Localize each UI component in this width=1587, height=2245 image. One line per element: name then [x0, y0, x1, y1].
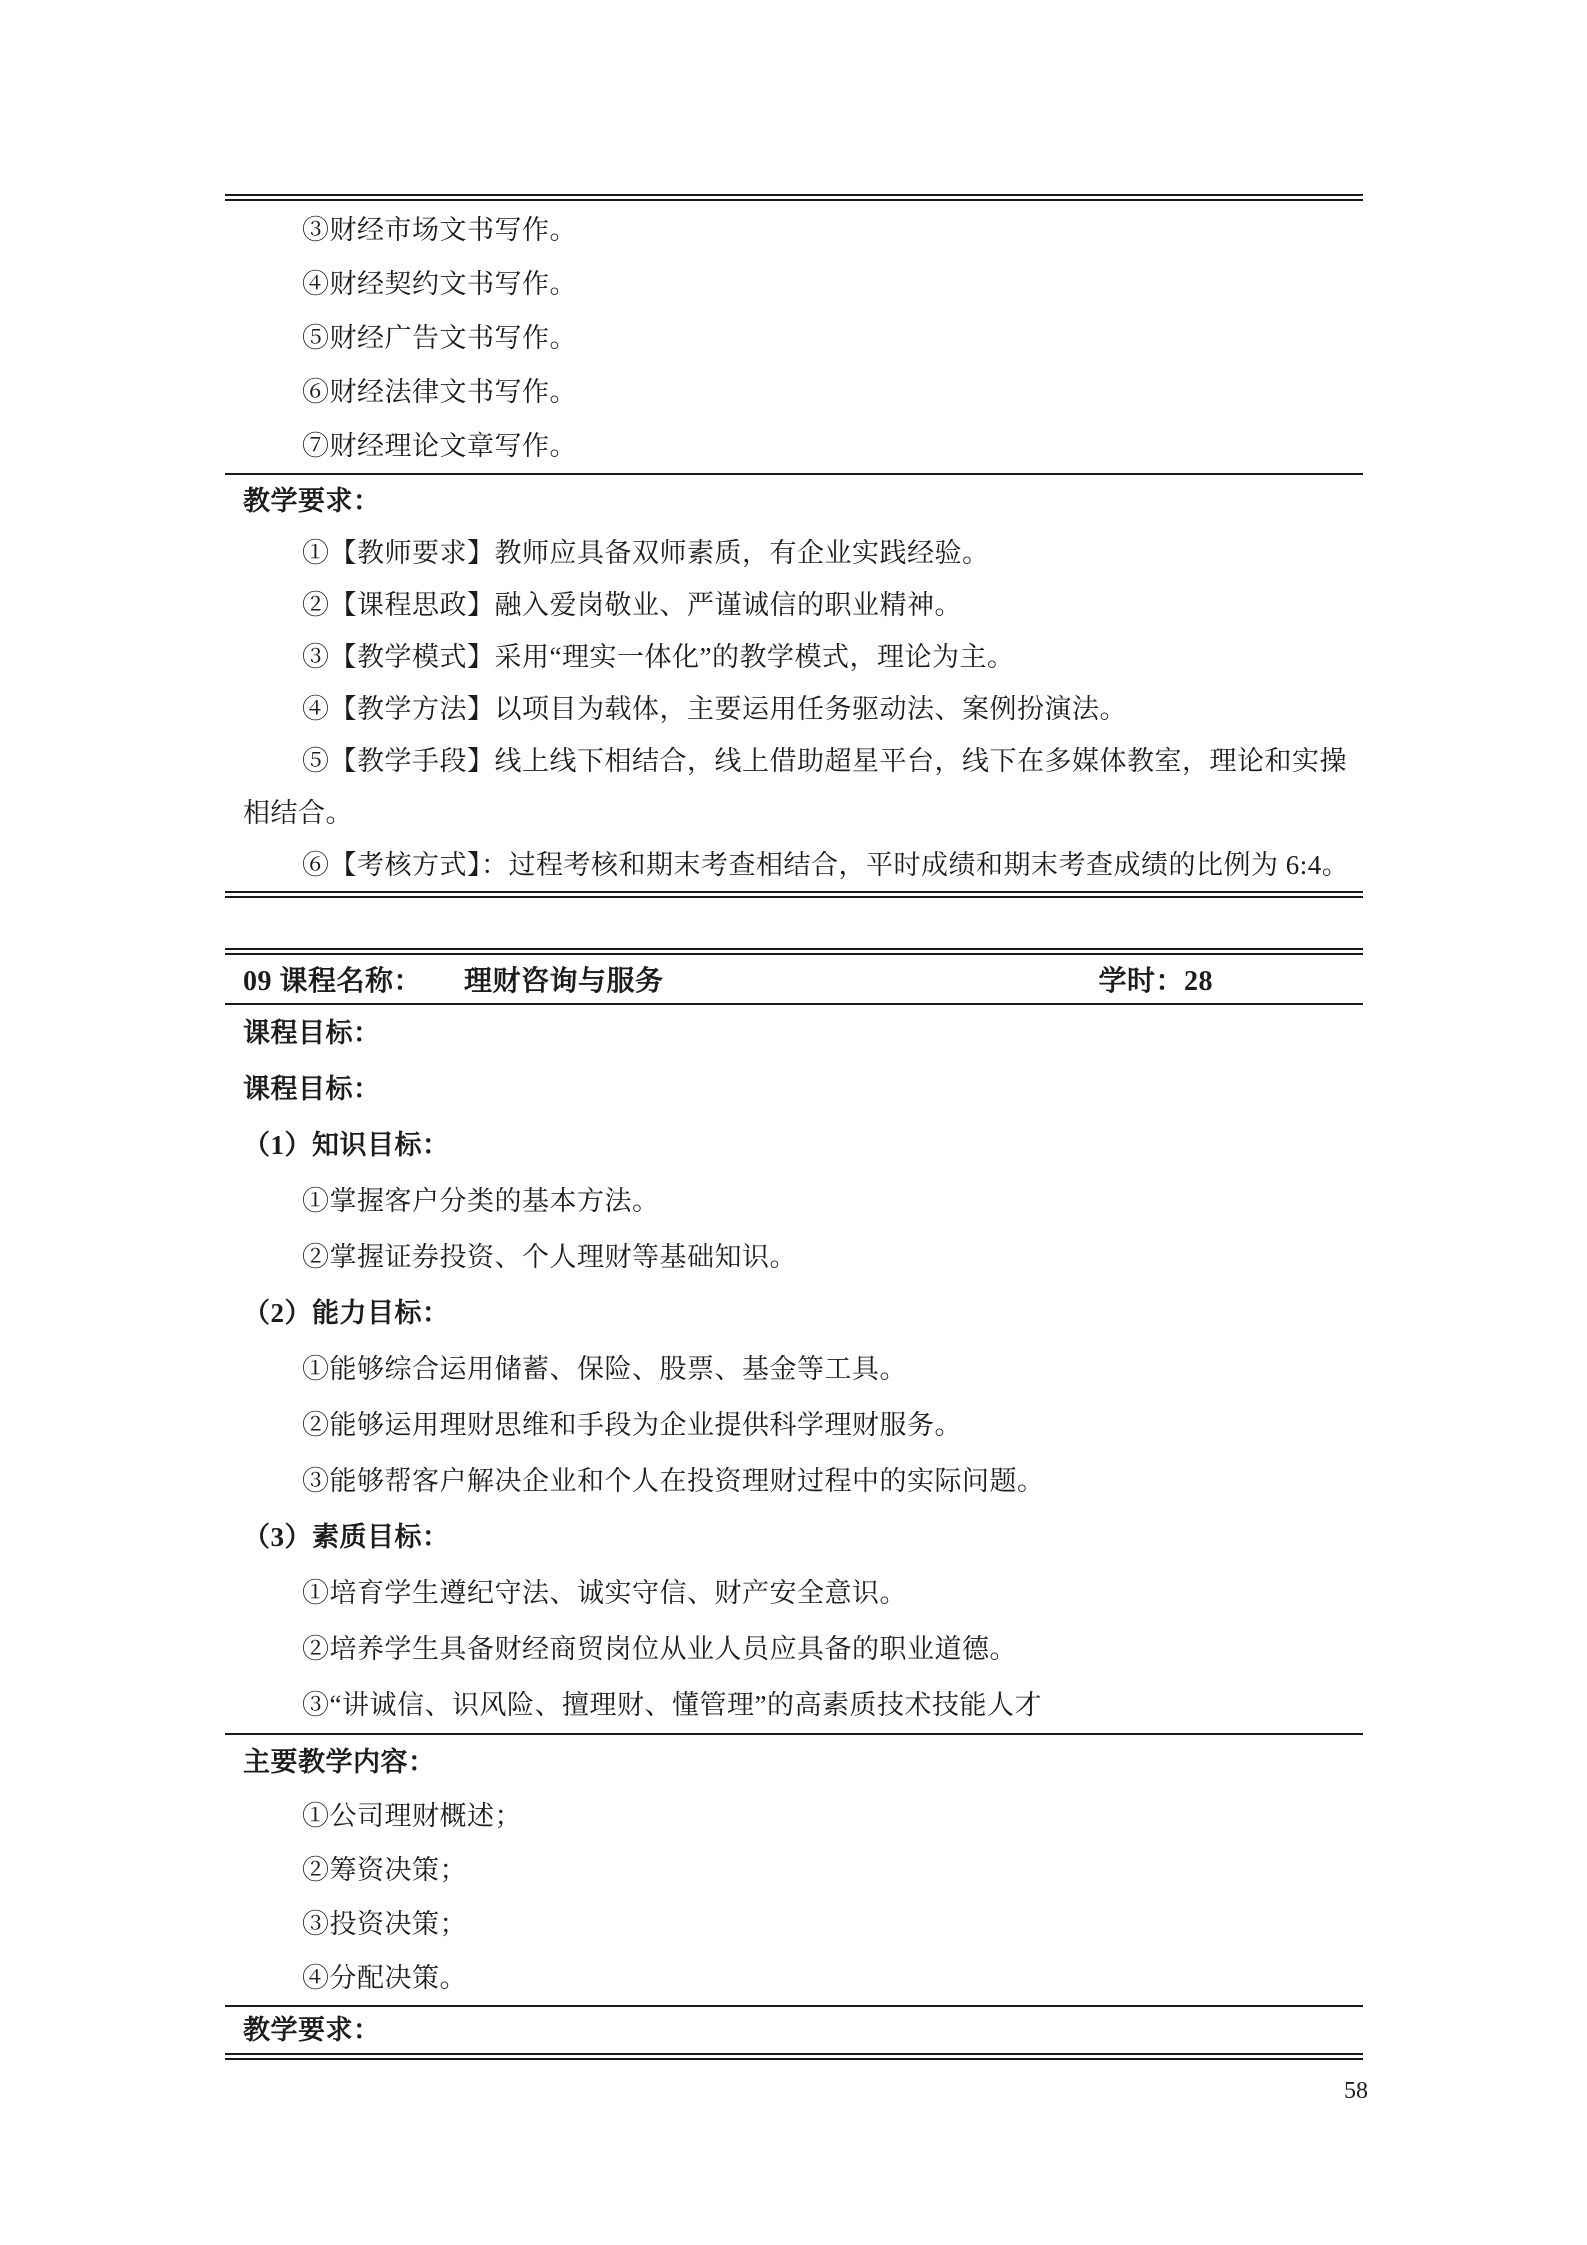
- list-item: ①能够综合运用储蓄、保险、股票、基金等工具。: [225, 1341, 1363, 1397]
- hours-value: 28: [1184, 966, 1213, 997]
- writing-items-row: ③财经市场文书写作。 ④财经契约文书写作。 ⑤财经广告文书写作。 ⑥财经法律文书…: [225, 201, 1363, 473]
- list-item: ⑤【教学手段】线上线下相结合，线上借助超星平台，线下在多媒体教室，理论和实操: [225, 735, 1363, 787]
- course-block-09: 09 课程名称： 理财咨询与服务 学时：28 课程目标： 课程目标： （1）知识…: [225, 948, 1363, 2060]
- list-item: ③财经市场文书写作。: [225, 203, 1363, 257]
- page-number: 58: [1344, 2078, 1368, 2105]
- table-top-border: [225, 948, 1363, 955]
- section-heading: 教学要求：: [225, 2007, 381, 2053]
- course-number-label: 09 课程名称：: [243, 959, 422, 999]
- course-objectives-row: 课程目标： 课程目标： （1）知识目标： ①掌握客户分类的基本方法。 ②掌握证券…: [225, 1005, 1363, 1733]
- list-item: ⑥财经法律文书写作。: [225, 365, 1363, 419]
- table-bottom-border: [225, 2053, 1363, 2060]
- list-item: ②能够运用理财思维和手段为企业提供科学理财服务。: [225, 1397, 1363, 1453]
- teaching-requirements-row: 教学要求： ①【教师要求】教师应具备双师素质，有企业实践经验。 ②【课程思政】融…: [225, 475, 1363, 891]
- list-item: ②培养学生具备财经商贸岗位从业人员应具备的职业道德。: [225, 1621, 1363, 1677]
- section-heading: 课程目标：: [225, 1061, 1363, 1117]
- section-heading: 教学要求：: [225, 475, 1363, 527]
- goal-group-heading: （1）知识目标：: [225, 1117, 1363, 1173]
- list-item: ①【教师要求】教师应具备双师素质，有企业实践经验。: [225, 527, 1363, 579]
- list-item: ①公司理财概述；: [225, 1789, 1363, 1843]
- table-bottom-border: [225, 891, 1363, 898]
- list-item: ②掌握证券投资、个人理财等基础知识。: [225, 1229, 1363, 1285]
- list-item: ③能够帮客户解决企业和个人在投资理财过程中的实际问题。: [225, 1453, 1363, 1509]
- course-header-row: 09 课程名称： 理财咨询与服务 学时：28: [225, 955, 1363, 1003]
- list-item: ②筹资决策；: [225, 1843, 1363, 1897]
- hours-label: 学时：: [1098, 966, 1184, 997]
- course-block-prev: ③财经市场文书写作。 ④财经契约文书写作。 ⑤财经广告文书写作。 ⑥财经法律文书…: [225, 194, 1363, 898]
- list-item: ③“讲诚信、识风险、擅理财、懂管理”的高素质技术技能人才: [225, 1677, 1363, 1733]
- document-page: ③财经市场文书写作。 ④财经契约文书写作。 ⑤财经广告文书写作。 ⑥财经法律文书…: [0, 0, 1587, 2245]
- list-item: ④【教学方法】以项目为载体，主要运用任务驱动法、案例扮演法。: [225, 683, 1363, 735]
- teaching-requirements-row: 教学要求：: [225, 2007, 1363, 2053]
- course-name: 理财咨询与服务: [464, 959, 664, 999]
- section-heading: 主要教学内容：: [225, 1735, 1363, 1789]
- list-item: ②【课程思政】融入爱岗敬业、严谨诚信的职业精神。: [225, 579, 1363, 631]
- list-item: ⑤财经广告文书写作。: [225, 311, 1363, 365]
- course-hours: 学时：28: [1098, 959, 1213, 999]
- list-item: ③【教学模式】采用“理实一体化”的教学模式，理论为主。: [225, 631, 1363, 683]
- table-top-border: [225, 194, 1363, 201]
- list-item: ①培育学生遵纪守法、诚实守信、财产安全意识。: [225, 1565, 1363, 1621]
- list-item: ③投资决策；: [225, 1897, 1363, 1951]
- list-item: ①掌握客户分类的基本方法。: [225, 1173, 1363, 1229]
- list-item-continuation: 相结合。: [225, 787, 1363, 839]
- goal-group-heading: （3）素质目标：: [225, 1509, 1363, 1565]
- main-content-row: 主要教学内容： ①公司理财概述； ②筹资决策； ③投资决策； ④分配决策。: [225, 1735, 1363, 2005]
- list-item: ④分配决策。: [225, 1951, 1363, 2005]
- section-heading: 课程目标：: [225, 1005, 1363, 1061]
- list-item: ④财经契约文书写作。: [225, 257, 1363, 311]
- goal-group-heading: （2）能力目标：: [225, 1285, 1363, 1341]
- list-item: ⑥【考核方式】：过程考核和期末考查相结合，平时成绩和期末考查成绩的比例为 6:4…: [225, 839, 1363, 891]
- list-item: ⑦财经理论文章写作。: [225, 419, 1363, 473]
